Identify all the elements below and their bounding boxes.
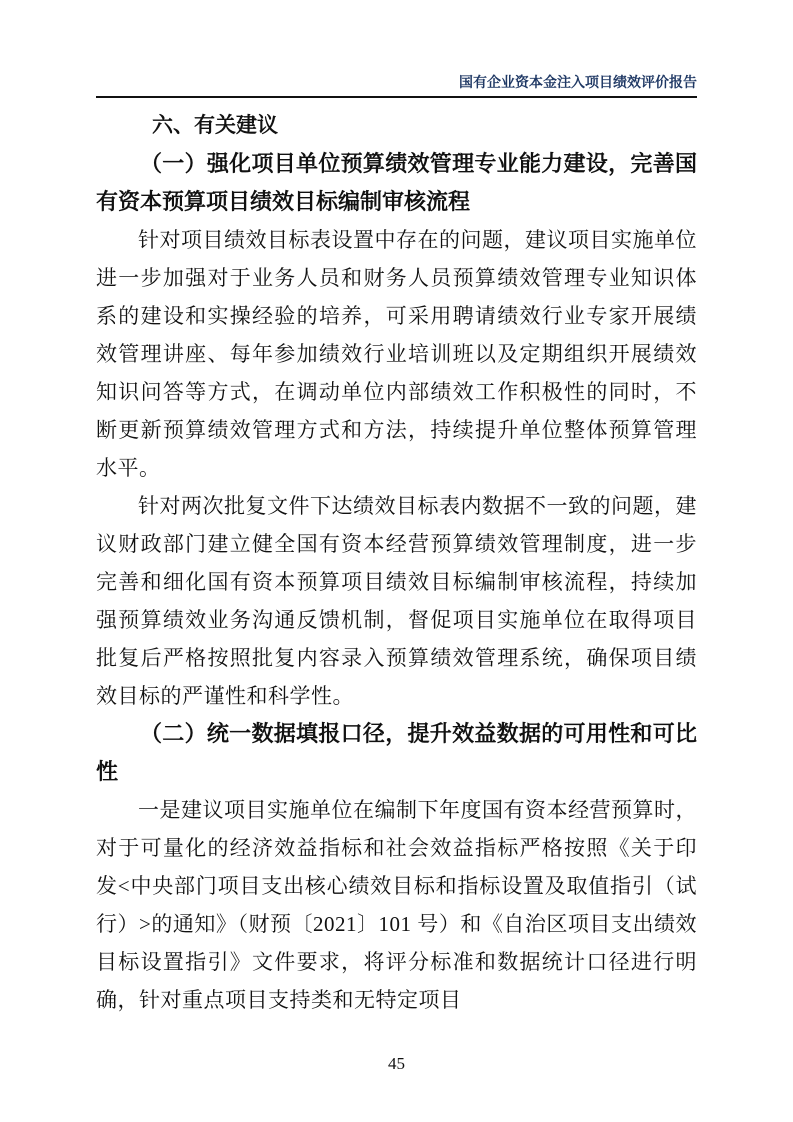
header-rule-divider xyxy=(96,96,697,98)
subsection-heading-1: （一）强化项目单位预算绩效管理专业能力建设，完善国有资本预算项目绩效目标编制审核… xyxy=(96,145,697,221)
page-number: 45 xyxy=(388,1054,405,1073)
document-page: 国有企业资本金注入项目绩效评价报告 六、有关建议 （一）强化项目单位预算绩效管理… xyxy=(0,0,793,1122)
page-header: 国有企业资本金注入项目绩效评价报告 xyxy=(96,72,697,96)
header-title: 国有企业资本金注入项目绩效评价报告 xyxy=(459,74,697,90)
paragraph-1: 针对项目绩效目标表设置中存在的问题，建议项目实施单位进一步加强对于业务人员和财务… xyxy=(96,221,697,487)
paragraph-3: 一是建议项目实施单位在编制下年度国有资本经营预算时，对于可量化的经济效益指标和社… xyxy=(96,791,697,1019)
paragraph-2: 针对两次批复文件下达绩效目标表内数据不一致的问题，建议财政部门建立健全国有资本经… xyxy=(96,487,697,715)
page-footer: 45 xyxy=(0,1054,793,1074)
subsection-heading-2: （二）统一数据填报口径，提升效益数据的可用性和可比性 xyxy=(96,715,697,791)
section-heading: 六、有关建议 xyxy=(96,107,697,145)
document-body: 六、有关建议 （一）强化项目单位预算绩效管理专业能力建设，完善国有资本预算项目绩… xyxy=(96,107,697,1019)
